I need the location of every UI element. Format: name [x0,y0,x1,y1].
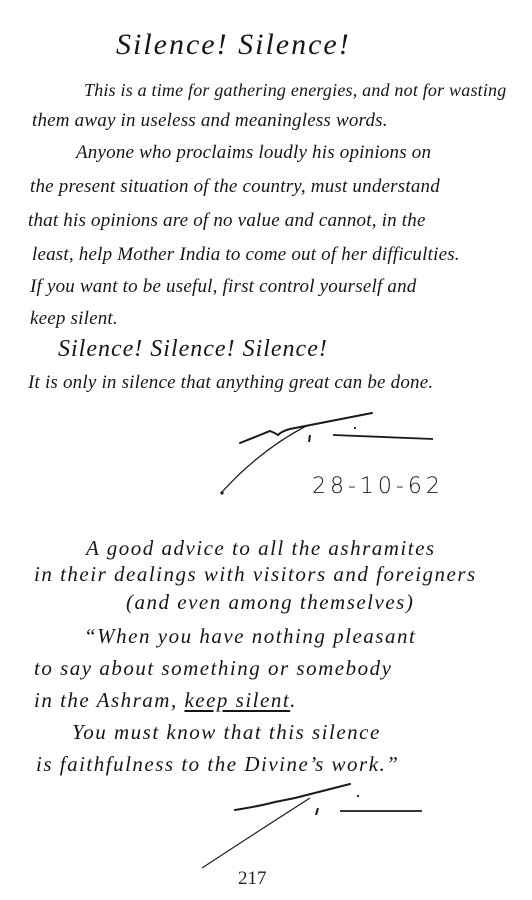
letter2-period: . [290,688,297,712]
document-page: Silence! Silence! This is a time for gat… [0,0,532,900]
letter2-line: in the Ashram, keep silent. [34,688,297,713]
page-number: 217 [238,868,267,890]
signature-icon [190,770,430,870]
letter1-line: the present situation of the country, mu… [30,176,440,198]
letter2-line: to say about something or somebody [34,656,392,681]
letter1-date: 28-10-62 [312,474,444,499]
letter2-line: “When you have nothing pleasant [84,624,416,649]
letter2-line: in their dealings with visitors and fore… [34,562,477,587]
letter2-line: (and even among themselves) [126,590,414,615]
letter1-line: least, help Mother India to come out of … [32,244,460,266]
letter1-line: If you want to be useful, first control … [30,276,417,298]
letter1-line: Anyone who proclaims loudly his opinions… [76,142,431,164]
letter1-line: that his opinions are of no value and ca… [28,210,426,232]
letter2-emphasis-keep-silent: keep silent [184,688,290,712]
letter1-silence-repeat: Silence! Silence! Silence! [58,336,328,363]
letter2-text: in the Ashram, [34,688,184,712]
letter1-line: them away in useless and meaningless wor… [32,110,388,132]
letter2-line: You must know that this silence [72,720,381,745]
letter1-line: It is only in silence that anything grea… [28,372,433,394]
letter2-line: A good advice to all the ashramites [86,536,436,561]
letter1-title: Silence! Silence! [116,28,351,62]
letter1-line: keep silent. [30,308,118,330]
letter1-line: This is a time for gathering energies, a… [84,80,506,101]
